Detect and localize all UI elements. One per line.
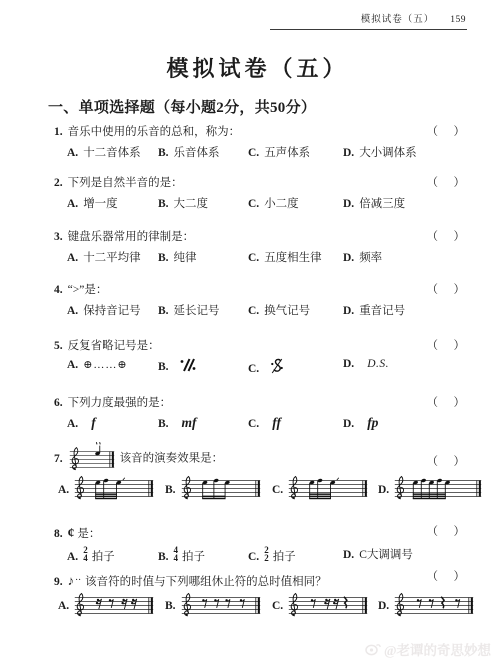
dynamic-marking: f xyxy=(91,415,96,430)
option-letter: A. xyxy=(67,359,78,371)
page-title: 模拟试卷（五） xyxy=(48,52,467,83)
question-stem: 4.“>”是：（ ） xyxy=(48,282,467,299)
question-text: “>”是： xyxy=(68,284,108,296)
answer-blank: （ ） xyxy=(427,229,468,246)
coda-signs: ⊕……⊕ xyxy=(83,359,127,371)
dynamic-marking: ff xyxy=(272,415,281,430)
staff-notation-q7a xyxy=(74,484,154,496)
simile-repeat-sign-icon xyxy=(180,358,196,372)
option-b: B.mf xyxy=(158,415,197,431)
option-letter: B. xyxy=(158,147,169,159)
question-number: 1. xyxy=(54,126,63,138)
option-letter: C. xyxy=(248,198,259,210)
question-number: 5. xyxy=(54,340,63,352)
option-text: 乐音体系 xyxy=(174,147,220,159)
option-b: B.纯律 xyxy=(158,249,197,265)
question-stem: 8.¢是：（ ） xyxy=(48,524,467,543)
option-text: 大二度 xyxy=(174,198,209,210)
option-letter: C. xyxy=(248,305,259,317)
answer-blank: （ ） xyxy=(427,175,468,192)
weibo-logo-icon xyxy=(365,642,381,656)
option-text: 十二音体系 xyxy=(83,147,141,159)
question-text: 是： xyxy=(77,528,100,540)
options-row: A.B.C.D. xyxy=(48,594,467,628)
option-letter: B. xyxy=(158,551,169,563)
options-row: A.24拍子B.44拍子C.22拍子D.C大调调号 xyxy=(48,546,467,564)
dynamic-marking: fp xyxy=(367,415,378,430)
option-letter: B. xyxy=(158,418,169,430)
option-a: A.f xyxy=(67,415,96,431)
option-a: A. xyxy=(58,594,154,620)
options-row: A.增一度B.大二度C.小二度D.倍减三度 xyxy=(48,195,467,213)
running-header-title: 模拟试卷（五） xyxy=(361,15,435,25)
option-text: C大调调号 xyxy=(359,549,413,561)
option-letter: B. xyxy=(158,361,169,373)
options-row: A.B.C.D. xyxy=(48,477,467,511)
options-row: A.保持音记号B.延长记号C.换气记号D.重音记号 xyxy=(48,302,467,320)
option-letter: D. xyxy=(343,418,354,430)
option-letter: D. xyxy=(343,358,354,370)
option-text: 小二度 xyxy=(264,198,299,210)
option-b: B.延长记号 xyxy=(158,302,220,318)
question-stem: 3.键盘乐器常用的律制是：（ ） xyxy=(48,229,467,246)
dynamic-marking: mf xyxy=(182,415,197,430)
option-d: D. xyxy=(378,477,482,503)
staff-notation-q9b xyxy=(181,600,261,612)
staff-notation-q7c xyxy=(288,484,368,496)
question-1: 1.音乐中使用的乐音的总和，称为：（ ）A.十二音体系B.乐音体系C.五声体系D… xyxy=(48,124,467,162)
answer-blank: （ ） xyxy=(427,569,468,586)
options-row: A.十二平均律B.纯律C.五度相生律D.频率 xyxy=(48,249,467,267)
option-letter: B. xyxy=(158,252,169,264)
staff-notation-q9a xyxy=(74,600,154,612)
option-b: B. xyxy=(158,358,196,373)
answer-blank: （ ） xyxy=(427,524,468,541)
option-b: B.乐音体系 xyxy=(158,144,220,160)
option-text: 大小调体系 xyxy=(359,147,417,159)
question-3: 3.键盘乐器常用的律制是：（ ）A.十二平均律B.纯律C.五度相生律D.频率 xyxy=(48,229,467,267)
option-letter: D. xyxy=(343,252,354,264)
option-d: D.D.S. xyxy=(343,358,389,370)
question-text: 反复省略记号是： xyxy=(68,340,160,352)
option-text: 增一度 xyxy=(83,198,118,210)
option-c: C.换气记号 xyxy=(248,302,310,318)
option-letter: A. xyxy=(58,600,69,612)
option-c: C. xyxy=(248,358,284,375)
staff-notation-q7d xyxy=(394,484,482,496)
option-a: A.⊕……⊕ xyxy=(67,358,128,371)
option-text: 拍子 xyxy=(92,551,115,563)
option-letter: C. xyxy=(248,551,259,563)
option-letter: C. xyxy=(248,363,259,375)
cut-time-sign: ¢ xyxy=(68,525,75,540)
question-text: 该音符的时值与下列哪组休止符的总时值相同？ xyxy=(85,576,327,588)
option-letter: D. xyxy=(343,549,354,561)
option-a: A.十二平均律 xyxy=(67,249,141,265)
option-text: 纯律 xyxy=(174,252,197,264)
watermark: @老谭的奇思妙想 xyxy=(365,639,491,659)
staff-notation-q7b xyxy=(181,484,261,496)
question-4: 4.“>”是：（ ）A.保持音记号B.延长记号C.换气记号D.重音记号 xyxy=(48,282,467,320)
option-letter: D. xyxy=(343,147,354,159)
option-letter: A. xyxy=(67,418,78,430)
question-stem: 9.♪‥该音符的时值与下列哪组休止符的总时值相同？（ ） xyxy=(48,569,467,591)
answer-blank: （ ） xyxy=(427,338,468,355)
option-letter: D. xyxy=(343,305,354,317)
option-text: 拍子 xyxy=(273,551,296,563)
option-c: C. xyxy=(272,594,368,620)
option-text: 延长记号 xyxy=(174,305,220,317)
option-a: A. xyxy=(58,477,154,503)
option-letter: D. xyxy=(343,198,354,210)
option-a: A.保持音记号 xyxy=(67,302,141,318)
option-letter: C. xyxy=(272,600,283,612)
time-signature: 44 xyxy=(174,546,179,562)
running-header: 模拟试卷（五）159 xyxy=(0,0,500,31)
option-letter: C. xyxy=(272,484,283,496)
option-text: 频率 xyxy=(359,252,382,264)
question-5: 5.反复省略记号是：（ ）A.⊕……⊕B.C.D.D.S. xyxy=(48,338,467,376)
option-text: 重音记号 xyxy=(359,305,405,317)
option-d: D.倍减三度 xyxy=(343,195,405,211)
question-number: 7. xyxy=(54,453,63,465)
question-text: 下列是自然半音的是： xyxy=(68,177,183,189)
question-stem: 6.下列力度最强的是：（ ） xyxy=(48,395,467,412)
option-letter: A. xyxy=(67,147,78,159)
dal-segno-text: D.S. xyxy=(367,358,389,370)
question-list: 1.音乐中使用的乐音的总和，称为：（ ）A.十二音体系B.乐音体系C.五声体系D… xyxy=(48,124,467,628)
section-heading: 一、单项选择题（每小题2分，共50分） xyxy=(48,96,467,117)
option-letter: A. xyxy=(58,484,69,496)
option-c: C.22拍子 xyxy=(248,546,296,564)
option-b: B. xyxy=(165,477,261,503)
question-text: 下列力度最强的是： xyxy=(68,397,172,409)
option-letter: B. xyxy=(165,484,176,496)
question-stem: 5.反复省略记号是：（ ） xyxy=(48,338,467,355)
option-letter: B. xyxy=(158,305,169,317)
option-c: C.五声体系 xyxy=(248,144,310,160)
answer-blank: （ ） xyxy=(427,124,468,141)
option-letter: C. xyxy=(248,147,259,159)
time-signature: 24 xyxy=(83,546,88,562)
question-2: 2.下列是自然半音的是：（ ）A.增一度B.大二度C.小二度D.倍减三度 xyxy=(48,175,467,213)
header-rule xyxy=(270,29,467,30)
question-8: 8.¢是：（ ）A.24拍子B.44拍子C.22拍子D.C大调调号 xyxy=(48,524,467,564)
option-b: B.44拍子 xyxy=(158,546,205,564)
page-number: 159 xyxy=(450,15,466,25)
question-text: 键盘乐器常用的律制是： xyxy=(68,231,195,243)
option-c: C.五度相生律 xyxy=(248,249,322,265)
augmentation-dots: ‥ xyxy=(75,572,82,582)
question-number: 6. xyxy=(54,397,63,409)
options-row: A.十二音体系B.乐音体系C.五声体系D.大小调体系 xyxy=(48,144,467,162)
staff-notation-prompt xyxy=(69,444,115,474)
answer-blank: （ ） xyxy=(427,282,468,299)
paper-content: 模拟试卷（五） 一、单项选择题（每小题2分，共50分） 1.音乐中使用的乐音的总… xyxy=(0,52,500,628)
option-d: D.fp xyxy=(343,415,378,431)
options-row: A.fB.mfC.ffD.fp xyxy=(48,415,467,433)
option-letter: A. xyxy=(67,252,78,264)
question-9: 9.♪‥该音符的时值与下列哪组休止符的总时值相同？（ ）A.B.C.D. xyxy=(48,569,467,628)
option-letter: B. xyxy=(158,198,169,210)
question-7: 7.该音的演奏效果是：（ ）A.B.C.D. xyxy=(48,444,467,511)
question-6: 6.下列力度最强的是：（ ）A.fB.mfC.ffD.fp xyxy=(48,395,467,433)
option-c: C.小二度 xyxy=(248,195,299,211)
option-a: A.十二音体系 xyxy=(67,144,141,160)
running-header-text: 模拟试卷（五）159 xyxy=(361,11,466,25)
question-text: 该音的演奏效果是： xyxy=(120,453,224,465)
answer-blank: （ ） xyxy=(427,454,468,471)
staff-notation-q9c xyxy=(288,600,368,612)
option-letter: A. xyxy=(67,198,78,210)
question-text: 音乐中使用的乐音的总和，称为： xyxy=(68,126,241,138)
option-c: C. xyxy=(272,477,368,503)
time-signature-bottom: 4 xyxy=(83,554,88,562)
time-signature-bottom: 2 xyxy=(264,554,269,562)
option-c: C.ff xyxy=(248,415,281,431)
option-a: A.增一度 xyxy=(67,195,118,211)
question-number: 3. xyxy=(54,231,63,243)
options-row: A.⊕……⊕B.C.D.D.S. xyxy=(48,358,467,376)
question-number: 9. xyxy=(54,576,63,588)
option-d: D.C大调调号 xyxy=(343,546,413,562)
option-text: 保持音记号 xyxy=(83,305,141,317)
option-letter: B. xyxy=(165,600,176,612)
option-letter: A. xyxy=(67,305,78,317)
question-stem: 1.音乐中使用的乐音的总和，称为：（ ） xyxy=(48,124,467,141)
option-letter: A. xyxy=(67,551,78,563)
option-d: D.重音记号 xyxy=(343,302,405,318)
question-stem: 7.该音的演奏效果是：（ ） xyxy=(48,444,467,474)
option-d: D. xyxy=(378,594,474,620)
option-text: 倍减三度 xyxy=(359,198,405,210)
question-number: 4. xyxy=(54,284,63,296)
option-d: D.大小调体系 xyxy=(343,144,417,160)
option-a: A.24拍子 xyxy=(67,546,115,564)
option-b: B.大二度 xyxy=(158,195,208,211)
option-letter: C. xyxy=(248,252,259,264)
option-letter: D. xyxy=(378,600,389,612)
segno-sign-icon xyxy=(270,358,284,374)
option-letter: C. xyxy=(248,418,259,430)
option-text: 五声体系 xyxy=(264,147,310,159)
option-letter: D. xyxy=(378,484,389,496)
answer-blank: （ ） xyxy=(427,395,468,412)
option-d: D.频率 xyxy=(343,249,382,265)
option-b: B. xyxy=(165,594,261,620)
option-text: 拍子 xyxy=(182,551,205,563)
question-number: 8. xyxy=(54,528,63,540)
option-text: 换气记号 xyxy=(264,305,310,317)
question-stem: 2.下列是自然半音的是：（ ） xyxy=(48,175,467,192)
double-dotted-eighth-note: ♪ xyxy=(68,573,75,588)
time-signature-bottom: 4 xyxy=(174,554,179,562)
question-number: 2. xyxy=(54,177,63,189)
option-text: 五度相生律 xyxy=(264,252,322,264)
staff-notation-q9d xyxy=(394,600,474,612)
exam-paper-page: 模拟试卷（五）159 模拟试卷（五） 一、单项选择题（每小题2分，共50分） 1… xyxy=(0,0,500,667)
option-text: 十二平均律 xyxy=(83,252,141,264)
watermark-text: @老谭的奇思妙想 xyxy=(384,639,491,659)
time-signature: 22 xyxy=(264,546,269,562)
